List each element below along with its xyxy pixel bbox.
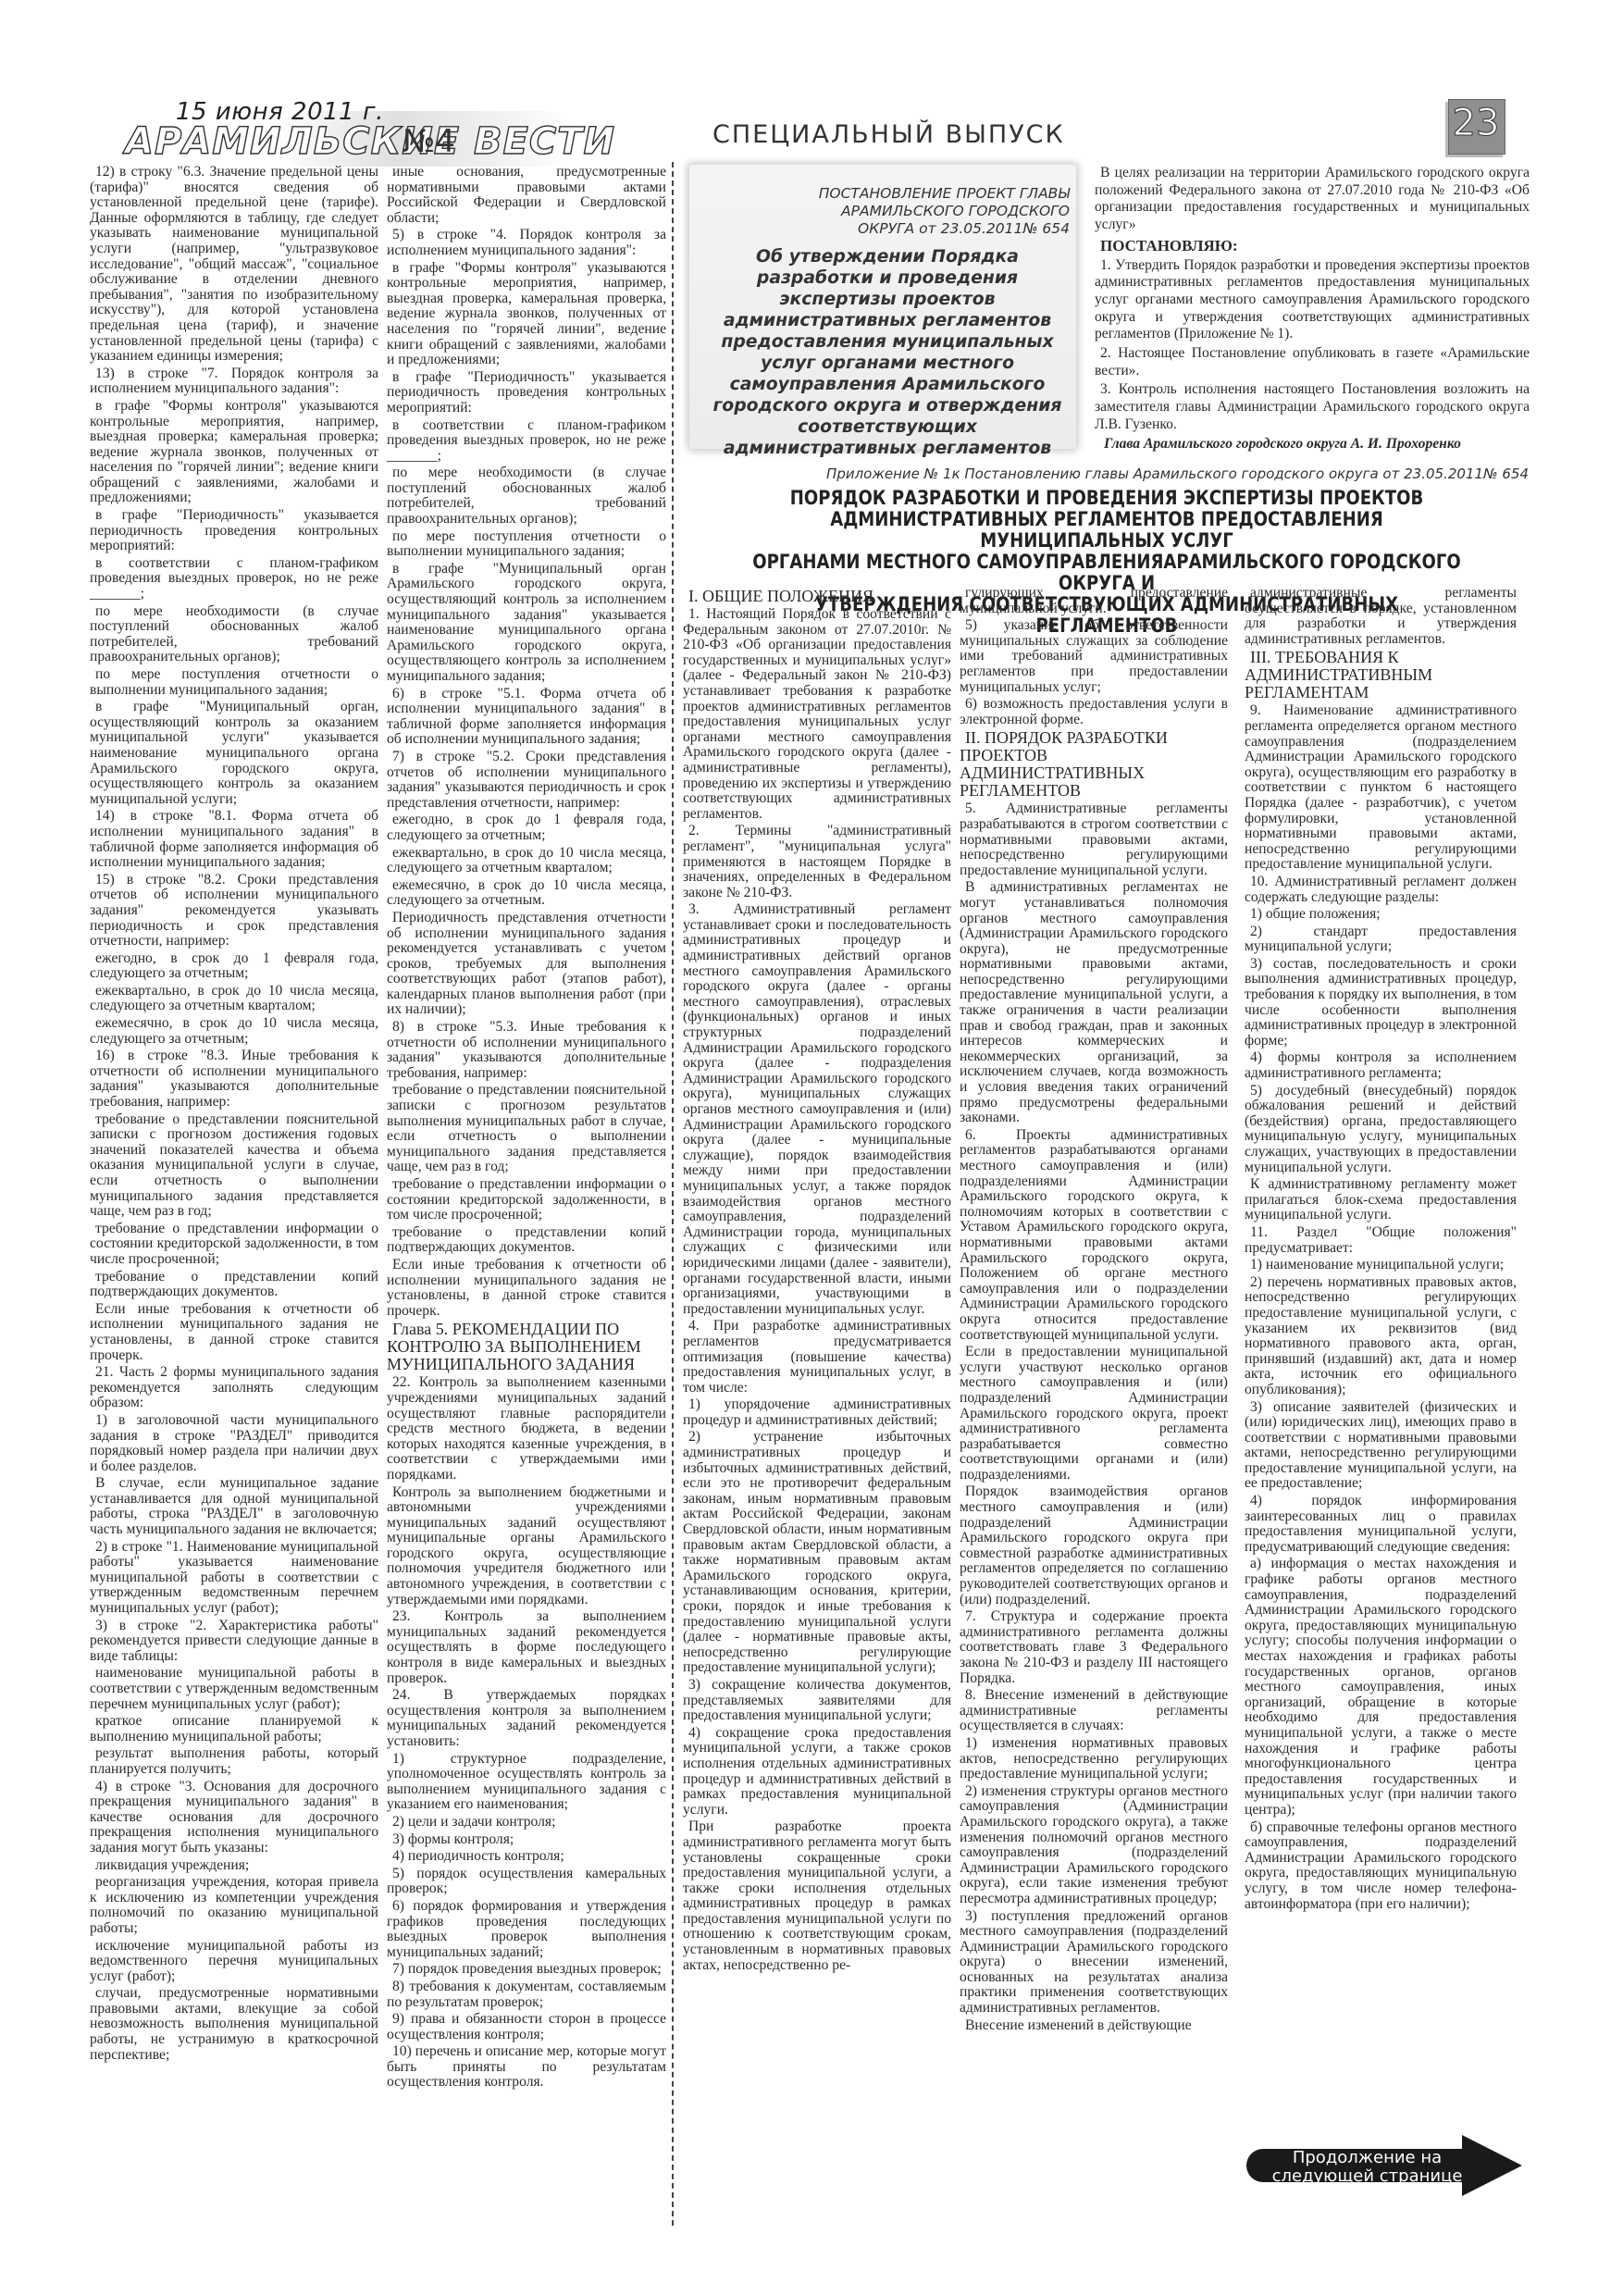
paragraph: гулирующих предоставление муниципальной … (960, 586, 1228, 616)
decree-signature: Глава Арамильского городского округа А. … (1095, 436, 1530, 453)
paragraph: 5) порядок осуществления камеральных про… (387, 1867, 666, 1897)
paragraph: В административных регламентах не могут … (960, 880, 1228, 1126)
paragraph: 9) права и обязанности сторон в процессе… (387, 2012, 666, 2042)
paragraph: ликвидация учреждения; (90, 1858, 378, 1874)
paragraph: требование о представлении пояснительной… (387, 1083, 666, 1175)
paragraph: 7. Структура и содержание проекта админи… (960, 1609, 1228, 1686)
decree-item: 2. Настоящее Постановление опубликовать … (1095, 345, 1530, 379)
paragraph: наименование муниципальной работы в соот… (90, 1666, 378, 1712)
paragraph: в соответствии с планом-графиком проведе… (387, 418, 666, 465)
paragraph: 2) устранение избыточных административны… (683, 1430, 951, 1676)
paragraph: Если иные требования к отчетности об исп… (90, 1302, 378, 1363)
decree-header-line: ОКРУГА от 23.05.2011№ 654 (703, 220, 1070, 238)
paragraph: по мере необходимости (в случае поступле… (387, 465, 666, 527)
paragraph: требование о представлении копий подтвер… (90, 1270, 378, 1300)
paragraph: требование о представлении информации о … (90, 1222, 378, 1268)
paragraph: административные регламенты осуществляет… (1245, 586, 1517, 647)
paragraph: 3) формы контроля; (387, 1832, 666, 1848)
paragraph: 9. Наименование административного реглам… (1245, 703, 1517, 873)
paragraph: в соответствии с планом-графиком проведе… (90, 556, 378, 602)
paragraph: 1. Настоящий Порядок в соответствии с Фе… (683, 607, 951, 822)
paragraph: 2. Термины "административный регламент",… (683, 824, 951, 900)
paragraph: требование о представлении информации о … (387, 1177, 666, 1223)
paragraph: 2) цели и задачи контроля; (387, 1815, 666, 1831)
paragraph: 22. Контроль за выполнением казенными уч… (387, 1375, 666, 1483)
paragraph: 13) в строке "7. Порядок контроля за исп… (90, 366, 378, 397)
paragraph: в графе "Муниципальный орган Арамильског… (387, 562, 666, 685)
paragraph: по мере необходимости (в случае поступле… (90, 604, 378, 665)
paragraph: в графе "Формы контроля" указываются кон… (387, 261, 666, 368)
decree-body: В целях реализации на территории Арамиль… (1095, 165, 1530, 454)
paragraph: в графе "Муниципальный орган, осуществля… (90, 700, 378, 807)
paragraph: ежемесячно, в срок до 10 числа месяца, с… (90, 1016, 378, 1047)
paragraph: 6) в строке "5.1. Форма отчета об исполн… (387, 687, 666, 748)
paragraph: Порядок взаимодействия органов местного … (960, 1484, 1228, 1607)
paragraph: 3) состав, последовательность и сроки вы… (1245, 957, 1517, 1049)
paragraph: 3) описание заявителей (физических и (ил… (1245, 1400, 1517, 1493)
paragraph: 10. Административный регламент должен со… (1245, 875, 1517, 905)
paragraph: 4) в строке "3. Основания для досрочного… (90, 1780, 378, 1856)
paragraph: Контроль за выполнением бюджетными и авт… (387, 1485, 666, 1608)
paragraph: 2) изменения структуры органов местного … (960, 1784, 1228, 1907)
decree-header-line: ПОСТАНОВЛЕНИЕ ПРОЕКТ ГЛАВЫ (703, 185, 1070, 203)
paragraph: в графе "Формы контроля" указываются кон… (90, 399, 378, 506)
paragraph: 23. Контроль за выполнением муниципальны… (387, 1609, 666, 1686)
section-title: СПЕЦИАЛЬНЫЙ ВЫПУСК (712, 120, 1065, 149)
paragraph: 7) в строке "5.2. Сроки представления от… (387, 750, 666, 811)
paragraph: 4) сокращение срока предоставления муниц… (683, 1726, 951, 1818)
left-column-2: иные основания, предусмотренные норматив… (387, 165, 666, 2092)
paragraph: требование о представлении пояснительной… (90, 1112, 378, 1220)
paragraph: результат выполнения работы, который пла… (90, 1746, 378, 1777)
paragraph: Если иные требования к отчетности об исп… (387, 1258, 666, 1319)
paragraph: 1) изменения нормативных правовых актов,… (960, 1736, 1228, 1782)
paragraph: 1) наименование муниципальной услуги; (1245, 1258, 1517, 1273)
appendix-title-line: ПОРЯДОК РАЗРАБОТКИ И ПРОВЕДЕНИЯ ЭКСПЕРТИ… (744, 488, 1469, 509)
paragraph: в графе "Периодичность" указывается пери… (387, 370, 666, 416)
paragraph: случаи, предусмотренные нормативными пра… (90, 1986, 378, 2063)
decree-resolves: ПОСТАНОВЛЯЮ: (1095, 238, 1530, 255)
paragraph: 1) в заголовочной части муниципального з… (90, 1413, 378, 1474)
paragraph: исключение муниципальной работы из ведом… (90, 1939, 378, 1985)
appendix-column-2: гулирующих предоставление муниципальной … (960, 586, 1228, 2035)
paragraph: При разработке проекта административного… (683, 1819, 951, 1973)
paragraph: В случае, если муниципальное задание уст… (90, 1476, 378, 1537)
decree-item: 1. Утвердить Порядок разработки и провед… (1095, 257, 1530, 344)
appendix-column-3: административные регламенты осуществляет… (1245, 586, 1517, 1914)
paragraph: 8) требования к документам, составляемым… (387, 1980, 666, 2010)
paragraph: 24. В утверждаемых порядках осуществлени… (387, 1688, 666, 1749)
paragraph: Внесение изменений в действующие (960, 2018, 1228, 2034)
paragraph: 4) порядок информирования заинтересованн… (1245, 1494, 1517, 1555)
paragraph: 2) перечень нормативных правовых актов, … (1245, 1275, 1517, 1398)
paragraph: 16) в строке "8.3. Иные требования к отч… (90, 1049, 378, 1110)
appendix-column-1: I. ОБЩИЕ ПОЛОЖЕНИЯ1. Настоящий Порядок в… (683, 586, 951, 1975)
paragraph: К административному регламенту может при… (1245, 1177, 1517, 1223)
paragraph: 4. При разработке административных регла… (683, 1319, 951, 1396)
paragraph: реорганизация учреждения, которая привел… (90, 1875, 378, 1936)
continue-label: Продолжение на следующей странице (1268, 2149, 1467, 2186)
paragraph: ежемесячно, в срок до 10 числа месяца, с… (387, 878, 666, 909)
paragraph: 21. Часть 2 формы муниципального задания… (90, 1365, 378, 1411)
issue-number: №4 (403, 123, 455, 160)
section-heading: III. ТРЕБОВАНИЯ К АДМИНИСТРАТИВНЫМ РЕГЛА… (1245, 649, 1517, 701)
page-number: 23 (1448, 102, 1504, 144)
paragraph: краткое описание планируемой к выполнени… (90, 1714, 378, 1744)
paragraph: 3) поступления предложений органов местн… (960, 1909, 1228, 2017)
paragraph: по мере поступления отчетности о выполне… (90, 667, 378, 698)
decree-title: Об утверждении Порядка разработки и пров… (699, 246, 1076, 459)
paragraph: 3) в строке "2. Характеристика работы" р… (90, 1619, 378, 1665)
paragraph: 8. Внесение изменений в действующие адми… (960, 1688, 1228, 1734)
paragraph: 1) общие положения; (1245, 907, 1517, 923)
paragraph: ежеквартально, в срок до 10 числа месяца… (387, 846, 666, 876)
paragraph: 3) сокращение количества документов, пре… (683, 1678, 951, 1724)
column-divider (672, 162, 674, 2226)
left-column-1: 12) в строку "6.3. Значение предельной ц… (90, 165, 378, 2065)
paragraph: 8) в строке "5.3. Иные требования к отче… (387, 1020, 666, 1081)
paragraph: б) справочные телефоны органов местного … (1245, 1820, 1517, 1913)
paragraph: Периодичность представления отчетности о… (387, 911, 666, 1018)
paragraph: 11. Раздел "Общие положения" предусматри… (1245, 1225, 1517, 1256)
paragraph: 2) стандарт предоставления муниципальной… (1245, 925, 1517, 955)
paragraph: 6. Проекты административных регламентов … (960, 1128, 1228, 1343)
paragraph: 5) досудебный (внесудебный) порядок обжа… (1245, 1084, 1517, 1176)
paragraph: 7) порядок проведения выездных проверок; (387, 1962, 666, 1978)
continue-label-line: следующей странице (1268, 2167, 1467, 2186)
paragraph: 6) возможность предоставления услуги в э… (960, 697, 1228, 727)
paragraph: требование о представлении копий подтвер… (387, 1225, 666, 1256)
decree-item: 3. Контроль исполнения настоящего Постан… (1095, 381, 1530, 433)
paragraph: 10) перечень и описание мер, которые мог… (387, 2044, 666, 2091)
paragraph: 6) порядок формирования и утверждения гр… (387, 1899, 666, 1960)
newspaper-title: АРАМИЛЬСКИЕ ВЕСТИ (125, 120, 615, 163)
paragraph: 12) в строку "6.3. Значение предельной ц… (90, 165, 378, 365)
paragraph: ежеквартально, в срок до 10 числа месяца… (90, 984, 378, 1014)
paragraph: Если в предоставлении муниципальной услу… (960, 1345, 1228, 1483)
appendix-reference: Приложение № 1к Постановлению главы Арам… (685, 465, 1529, 482)
paragraph: 1) упорядочение административных процеду… (683, 1397, 951, 1428)
appendix-title-line: АДМИНИСТРАТИВНЫХ РЕГЛАМЕНТОВ ПРЕДОСТАВЛЕ… (744, 509, 1469, 552)
paragraph: 2) в строке "1. Наименование муниципальн… (90, 1540, 378, 1617)
paragraph: ежегодно, в срок до 1 февраля года, след… (90, 951, 378, 982)
paragraph: 14) в строке "8.1. Форма отчета об испол… (90, 809, 378, 870)
paragraph: по мере поступления отчетности о выполне… (387, 529, 666, 560)
paragraph: 5. Административные регламенты разрабаты… (960, 801, 1228, 878)
paragraph: 5) в строке "4. Порядок контроля за испо… (387, 228, 666, 258)
paragraph: 3. Административный регламент устанавлив… (683, 902, 951, 1317)
section-heading: Глава 5. РЕКОМЕНДАЦИИ ПО КОНТРОЛЮ ЗА ВЫП… (387, 1321, 666, 1373)
decree-header: ПОСТАНОВЛЕНИЕ ПРОЕКТ ГЛАВЫ АРАМИЛЬСКОГО … (703, 185, 1070, 238)
section-heading: II. ПОРЯДОК РАЗРАБОТКИ ПРОЕКТОВ АДМИНИСТ… (960, 729, 1228, 800)
decree-preamble: В целях реализации на территории Арамиль… (1095, 165, 1530, 234)
paragraph: в графе "Периодичность" указывается пери… (90, 508, 378, 554)
paragraph: а) информация о местах нахождения и граф… (1245, 1557, 1517, 1818)
decree-header-line: АРАМИЛЬСКОГО ГОРОДСКОГО (703, 203, 1070, 220)
continue-label-line: Продолжение на (1268, 2149, 1467, 2167)
paragraph: 15) в строке "8.2. Сроки представления о… (90, 873, 378, 949)
section-heading: I. ОБЩИЕ ПОЛОЖЕНИЯ (683, 588, 951, 605)
paragraph: 1) структурное подразделение, уполномоче… (387, 1752, 666, 1813)
paragraph: ежегодно, в срок до 1 февраля года, след… (387, 813, 666, 843)
paragraph: иные основания, предусмотренные норматив… (387, 165, 666, 226)
paragraph: 4) формы контроля за исполнением админис… (1245, 1050, 1517, 1081)
paragraph: 4) периодичность контроля; (387, 1849, 666, 1865)
paragraph: 5) указание об ответственности муниципал… (960, 618, 1228, 695)
